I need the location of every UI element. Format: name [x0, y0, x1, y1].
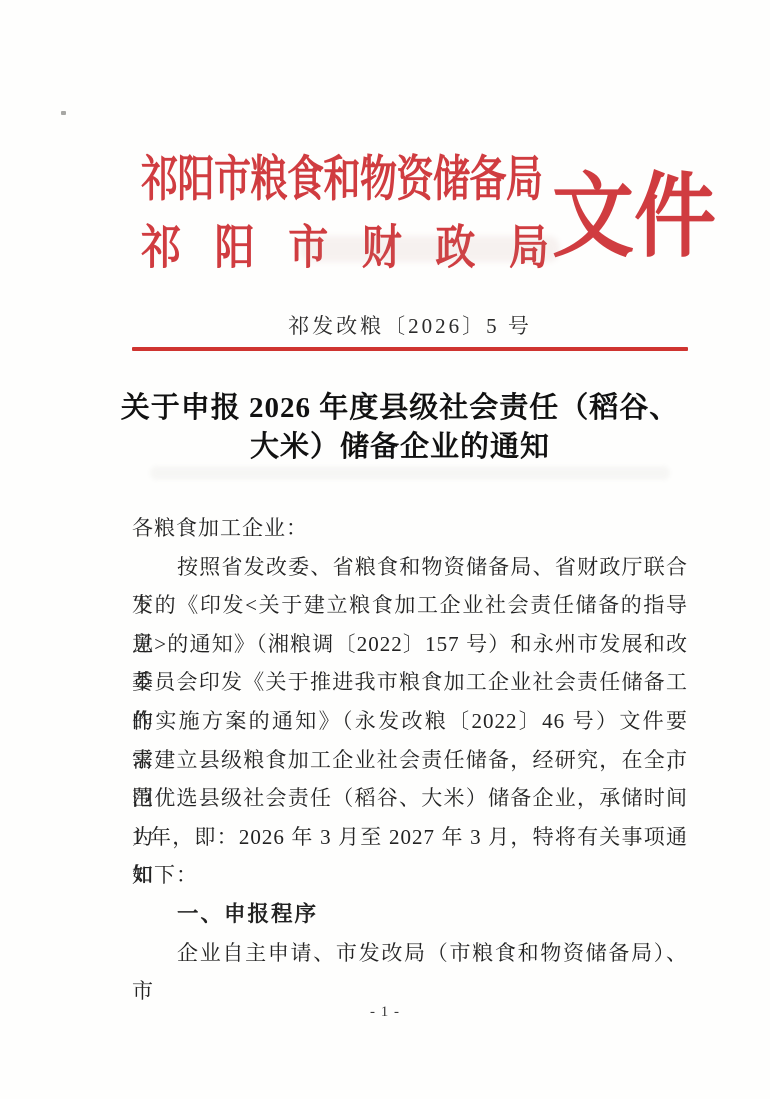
paragraph1-line: 发的《印发<关于建立粮食加工企业社会责任储备的指导意 — [132, 586, 688, 625]
red-separator-line — [132, 347, 688, 351]
paragraph1-line: 1 年，即：2026 年 3 月至 2027 年 3 月，特将有关事项通知 — [132, 818, 688, 857]
issuer-name-line1: 祁阳市粮食和物资储备局 — [141, 150, 551, 212]
document-reference-number: 祁发改粮〔2026〕5 号 — [132, 310, 688, 340]
issuer-name-line1-text: 祁阳市粮食和物资储备局 — [141, 140, 543, 222]
paragraph1-line: 见>的通知》（湘粮调〔2022〕157 号）和永州市发展和改革 — [132, 625, 688, 664]
paragraph1-line: 的实施方案的通知》（永发改粮〔2022〕46 号）文件要求， — [132, 702, 688, 741]
page-number: - 1 - — [0, 1004, 770, 1021]
paragraph1-line: 需建立县级粮食加工企业社会责任储备，经研究，在全市范 — [132, 741, 688, 780]
paragraph1-line: 按照省发改委、省粮食和物资储备局、省财政厅联合下 — [132, 548, 688, 587]
paragraph1-line: 围优选县级社会责任（稻谷、大米）储备企业，承储时间为 — [132, 779, 688, 818]
paragraph2-line: 企业自主申请、市发改局（市粮食和物资储备局）、市 — [132, 934, 688, 973]
section1-heading: 一、申报程序 — [132, 895, 688, 934]
official-document-page: 祁阳市粮食和物资储备局 祁阳市财政局 文件 祁发改粮〔2026〕5 号 关于申报… — [0, 0, 770, 1099]
doc-type-label: 文件 — [552, 160, 727, 276]
paragraph1-line: 如下： — [132, 856, 688, 895]
salutation: 各粮食加工企业： — [132, 509, 688, 548]
issuer-name-line2: 祁阳市财政局 — [141, 213, 549, 284]
scan-bleedthrough-artifact — [150, 466, 670, 480]
document-title-line1: 关于申报 2026 年度县级社会责任（稻谷、 — [120, 389, 680, 428]
document-title-line2: 大米）储备企业的通知 — [120, 428, 680, 467]
paragraph1-line: 委员会印发《关于推进我市粮食加工企业社会责任储备工作 — [132, 663, 688, 702]
scan-speck-artifact — [61, 111, 66, 115]
document-title: 关于申报 2026 年度县级社会责任（稻谷、 大米）储备企业的通知 — [120, 389, 680, 467]
document-body: 各粮食加工企业： 按照省发改委、省粮食和物资储备局、省财政厅联合下 发的《印发<… — [132, 509, 688, 972]
